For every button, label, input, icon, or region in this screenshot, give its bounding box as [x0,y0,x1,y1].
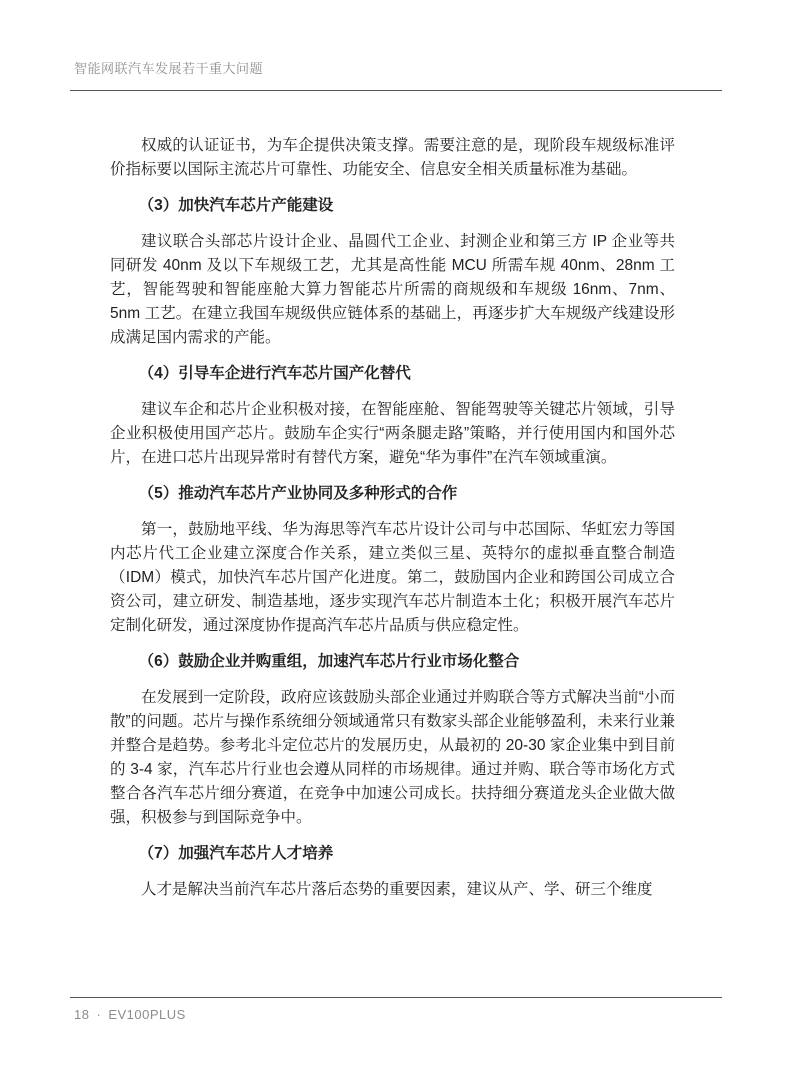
body-paragraph: 建议车企和芯片企业积极对接，在智能座舱、智能驾驶等关键芯片领域，引导企业积极使用… [110,398,675,470]
section-heading: （5）推动汽车芯片产业协同及多种形式的合作 [110,482,675,506]
running-header-title: 智能网联汽车发展若干重大问题 [74,60,263,78]
body-paragraph: 在发展到一定阶段，政府应该鼓励头部企业通过并购联合等方式解决当前“小而散”的问题… [110,686,675,830]
content: 权威的认证证书，为车企提供决策支撑。需要注意的是，现阶段车规级标准评价指标要以国… [110,134,675,914]
body-paragraph: 人才是解决当前汽车芯片落后态势的重要因素，建议从产、学、研三个维度 [110,878,675,902]
footer: 18·EV100PLUS [74,1006,186,1024]
footer-rule [70,997,722,998]
page-number: 18 [74,1007,89,1022]
section-heading: （6）鼓励企业并购重组，加速汽车芯片行业市场化整合 [110,650,675,674]
section-heading: （3）加快汽车芯片产能建设 [110,194,675,218]
section-heading: （4）引导车企进行汽车芯片国产化替代 [110,362,675,386]
body-paragraph: 建议联合头部芯片设计企业、晶圆代工企业、封测企业和第三方 IP 企业等共同研发 … [110,230,675,350]
header-rule [70,90,722,91]
document-page: 智能网联汽车发展若干重大问题 权威的认证证书，为车企提供决策支撑。需要注意的是，… [0,0,793,1077]
footer-separator-dot: · [96,1007,101,1022]
body-paragraph: 第一，鼓励地平线、华为海思等汽车芯片设计公司与中芯国际、华虹宏力等国内芯片代工企… [110,518,675,638]
section-heading: （7）加强汽车芯片人才培养 [110,842,675,866]
body-paragraph: 权威的认证证书，为车企提供决策支撑。需要注意的是，现阶段车规级标准评价指标要以国… [110,134,675,182]
brand-label: EV100PLUS [108,1007,186,1022]
